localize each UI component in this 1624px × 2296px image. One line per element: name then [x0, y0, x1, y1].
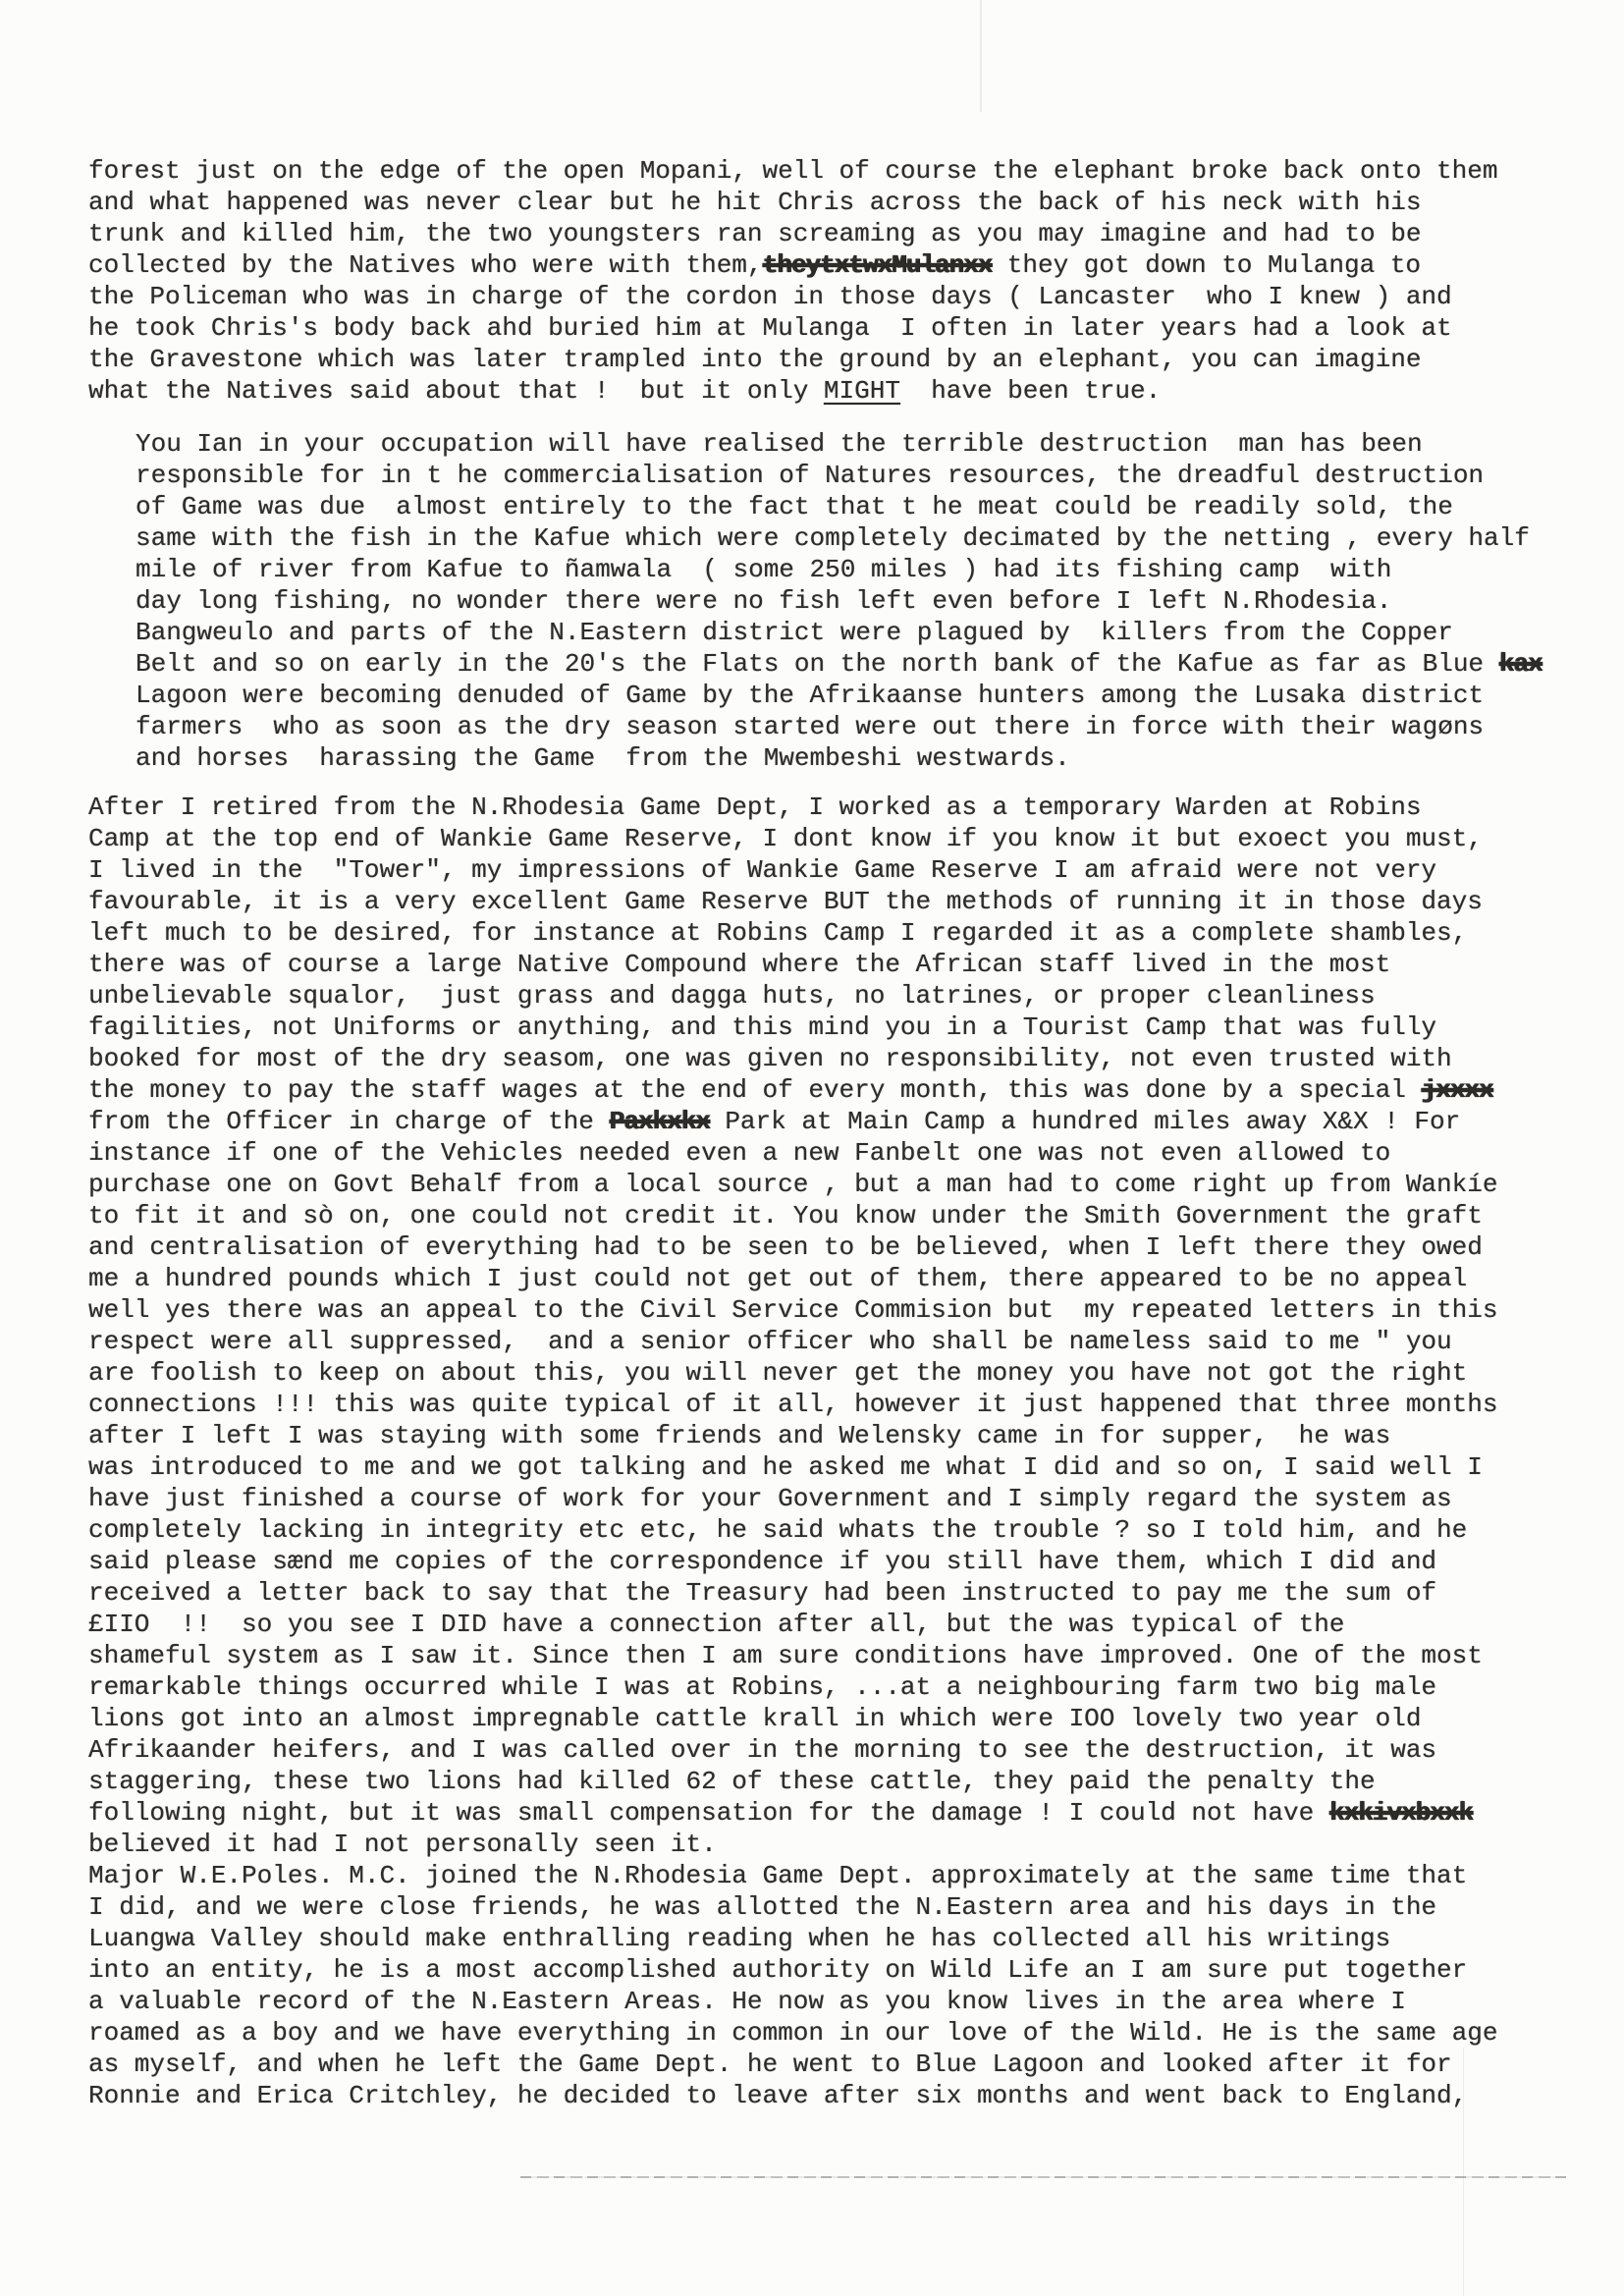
document-line: After I retired from the N.Rhodesia Game… — [88, 792, 1542, 823]
text-segment: unbelievable squalor, just grass and dag… — [88, 981, 1376, 1011]
struck-out-text: Paxkxkx — [610, 1107, 710, 1136]
document-line: same with the fish in the Kafue which we… — [135, 522, 1542, 554]
struck-out-text: kax — [1499, 649, 1543, 679]
text-segment: well yes there was an appeal to the Civi… — [88, 1295, 1497, 1325]
text-segment: collected by the Natives who were with t… — [88, 250, 763, 280]
document-line: said please sænd me copies of the corres… — [88, 1546, 1542, 1577]
document-line: mile of river from Kafue to ñamwala ( so… — [135, 554, 1542, 585]
paragraph-1: forest just on the edge of the open Mopa… — [88, 155, 1542, 407]
text-segment: lions got into an almost impregnable cat… — [88, 1704, 1421, 1733]
struck-out-text: kxkivxbxxk — [1329, 1798, 1473, 1828]
text-segment: responsible for in t he commercialisatio… — [135, 461, 1484, 490]
document-line: I lived in the "Tower", my impressions o… — [88, 854, 1542, 886]
text-segment: as myself, and when he left the Game Dep… — [88, 2050, 1452, 2079]
text-segment: and what happened was never clear but he… — [88, 188, 1421, 217]
document-line: me a hundred pounds which I just could n… — [88, 1263, 1542, 1294]
document-line: roamed as a boy and we have everything i… — [88, 2017, 1542, 2049]
text-segment: remarkable things occurred while I was a… — [88, 1672, 1436, 1702]
document-line: Bangweulo and parts of the N.Eastern dis… — [135, 617, 1542, 648]
paragraph-3: After I retired from the N.Rhodesia Game… — [88, 792, 1542, 1860]
text-segment: staggering, these two lions had killed 6… — [88, 1767, 1376, 1796]
text-segment: forest just on the edge of the open Mopa… — [88, 156, 1497, 186]
text-segment: shameful system as I saw it. Since then … — [88, 1641, 1483, 1670]
document-line: Afrikaander heifers, and I was called ov… — [88, 1734, 1542, 1766]
text-segment: trunk and killed him, the two youngsters… — [88, 219, 1421, 248]
document-line: connections !!! this was quite typical o… — [88, 1389, 1542, 1420]
text-segment: me a hundred pounds which I just could n… — [88, 1264, 1467, 1293]
text-segment: Ronnie and Erica Critchley, he decided t… — [88, 2081, 1467, 2110]
text-segment: roamed as a boy and we have everything i… — [88, 2018, 1497, 2048]
text-segment: there was of course a large Native Compo… — [88, 950, 1390, 979]
text-segment: was introduced to me and we got talking … — [88, 1452, 1483, 1482]
text-segment: Park at Main Camp a hundred miles away X… — [710, 1107, 1461, 1136]
text-segment: instance if one of the Vehicles needed e… — [88, 1138, 1390, 1168]
document-line: well yes there was an appeal to the Civi… — [88, 1294, 1542, 1326]
text-segment: and horses harassing the Game from the M… — [135, 743, 1070, 773]
document-line: favourable, it is a very excellent Game … — [88, 886, 1542, 917]
document-line: forest just on the edge of the open Mopa… — [88, 155, 1542, 187]
document-line: following night, but it was small compen… — [88, 1797, 1542, 1829]
document-line: of Game was due almost entirely to the f… — [135, 491, 1542, 522]
scan-streak-artifact-top — [980, 0, 982, 112]
text-segment: fagilities, not Uniforms or anything, an… — [88, 1012, 1436, 1042]
document-line: and horses harassing the Game from the M… — [135, 742, 1542, 774]
text-segment: day long fishing, no wonder there were n… — [135, 586, 1391, 616]
document-line: Belt and so on early in the 20's the Fla… — [135, 648, 1542, 680]
document-line: fagilities, not Uniforms or anything, an… — [88, 1011, 1542, 1043]
text-segment: the Policeman who was in charge of the c… — [88, 282, 1452, 311]
text-segment: after I left I was staying with some fri… — [88, 1421, 1390, 1450]
text-segment: Lagoon were becoming denuded of Game by … — [135, 681, 1484, 710]
document-line: unbelievable squalor, just grass and dag… — [88, 980, 1542, 1011]
document-line: You Ian in your occupation will have rea… — [135, 428, 1542, 460]
text-segment: have just finished a course of work for … — [88, 1484, 1452, 1513]
text-segment: the Gravestone which was later trampled … — [88, 345, 1421, 374]
document-line: was introduced to me and we got talking … — [88, 1451, 1542, 1483]
document-line: are foolish to keep on about this, you w… — [88, 1357, 1542, 1389]
document-line: a valuable record of the N.Eastern Areas… — [88, 1986, 1542, 2017]
text-segment: £IIO !! so you see I DID have a connecti… — [88, 1610, 1344, 1639]
document-line: after I left I was staying with some fri… — [88, 1420, 1542, 1451]
document-line: there was of course a large Native Compo… — [88, 949, 1542, 980]
text-segment: Bangweulo and parts of the N.Eastern dis… — [135, 618, 1453, 647]
text-segment: You Ian in your occupation will have rea… — [135, 429, 1423, 459]
document-line: as myself, and when he left the Game Dep… — [88, 2049, 1542, 2080]
text-segment: favourable, it is a very excellent Game … — [88, 887, 1483, 916]
text-segment: Afrikaander heifers, and I was called ov… — [88, 1735, 1436, 1765]
text-segment: from the Officer in charge of the — [88, 1107, 610, 1136]
document-line: Lagoon were becoming denuded of Game by … — [135, 680, 1542, 711]
text-segment: After I retired from the N.Rhodesia Game… — [88, 793, 1421, 822]
document-line: from the Officer in charge of the Paxkxk… — [88, 1106, 1542, 1137]
text-segment: purchase one on Govt Behalf from a local… — [88, 1170, 1497, 1199]
paragraph-4: Major W.E.Poles. M.C. joined the N.Rhode… — [88, 1860, 1542, 2111]
document-line: £IIO !! so you see I DID have a connecti… — [88, 1609, 1542, 1640]
document-line: Ronnie and Erica Critchley, he decided t… — [88, 2080, 1542, 2111]
document-line: what the Natives said about that ! but i… — [88, 375, 1542, 407]
document-line: into an entity, he is a most accomplishe… — [88, 1954, 1542, 1986]
document-line: left much to be desired, for instance at… — [88, 917, 1542, 949]
document-line: collected by the Natives who were with t… — [88, 249, 1542, 281]
document-line: Camp at the top end of Wankie Game Reser… — [88, 823, 1542, 854]
document-page: forest just on the edge of the open Mopa… — [0, 0, 1624, 2296]
document-line: the Gravestone which was later trampled … — [88, 344, 1542, 375]
text-segment: mile of river from Kafue to ñamwala ( so… — [135, 555, 1391, 584]
document-line: purchase one on Govt Behalf from a local… — [88, 1169, 1542, 1200]
document-line: the money to pay the staff wages at the … — [88, 1074, 1542, 1106]
underlined-text: MIGHT — [824, 376, 900, 406]
document-line: instance if one of the Vehicles needed e… — [88, 1137, 1542, 1169]
text-segment: he took Chris's body back ahd buried him… — [88, 313, 1452, 343]
text-segment: a valuable record of the N.Eastern Areas… — [88, 1987, 1406, 2016]
text-segment: completely lacking in integrity etc etc,… — [88, 1515, 1467, 1545]
text-segment: and centralisation of everything had to … — [88, 1232, 1483, 1262]
text-segment: Belt and so on early in the 20's the Fla… — [135, 649, 1499, 679]
text-segment: connections !!! this was quite typical o… — [88, 1390, 1497, 1419]
text-segment: same with the fish in the Kafue which we… — [135, 523, 1530, 553]
document-line: to fit it and sò on, one could not credi… — [88, 1200, 1542, 1231]
text-segment: to fit it and sò on, one could not credi… — [88, 1201, 1483, 1230]
document-line: he took Chris's body back ahd buried him… — [88, 312, 1542, 344]
document-line: believed it had I not personally seen it… — [88, 1829, 1542, 1860]
text-segment: I lived in the "Tower", my impressions o… — [88, 855, 1436, 885]
document-line: farmers who as soon as the dry season st… — [135, 711, 1542, 742]
document-line: respect were all suppressed, and a senio… — [88, 1326, 1542, 1357]
document-line: booked for most of the dry seasom, one w… — [88, 1043, 1542, 1074]
text-segment: respect were all suppressed, and a senio… — [88, 1327, 1452, 1356]
text-segment: what the Natives said about that ! but i… — [88, 376, 824, 406]
text-segment: left much to be desired, for instance at… — [88, 918, 1467, 948]
document-line: the Policeman who was in charge of the c… — [88, 281, 1542, 312]
text-segment: are foolish to keep on about this, you w… — [88, 1358, 1467, 1388]
text-segment: received a letter back to say that the T… — [88, 1578, 1436, 1608]
document-line: remarkable things occurred while I was a… — [88, 1671, 1542, 1703]
text-segment: Major W.E.Poles. M.C. joined the N.Rhode… — [88, 1861, 1467, 1890]
text-block: forest just on the edge of the open Mopa… — [88, 155, 1542, 2111]
scan-line-artifact — [520, 2176, 1566, 2178]
text-segment: farmers who as soon as the dry season st… — [135, 712, 1484, 741]
text-segment: Camp at the top end of Wankie Game Reser… — [88, 824, 1483, 853]
text-segment: believed it had I not personally seen it… — [88, 1830, 717, 1859]
text-segment: said please sænd me copies of the corres… — [88, 1547, 1436, 1576]
document-line: have just finished a course of work for … — [88, 1483, 1542, 1514]
document-line: received a letter back to say that the T… — [88, 1577, 1542, 1609]
document-line: lions got into an almost impregnable cat… — [88, 1703, 1542, 1734]
text-segment: the money to pay the staff wages at the … — [88, 1075, 1421, 1105]
text-segment: of Game was due almost entirely to the f… — [135, 492, 1453, 521]
text-segment: into an entity, he is a most accomplishe… — [88, 1955, 1467, 1985]
text-segment: they got down to Mulanga to — [992, 250, 1421, 280]
document-line: shameful system as I saw it. Since then … — [88, 1640, 1542, 1671]
text-segment: have been true. — [900, 376, 1161, 406]
document-line: completely lacking in integrity etc etc,… — [88, 1514, 1542, 1546]
text-segment: I did, and we were close friends, he was… — [88, 1892, 1436, 1922]
text-segment: booked for most of the dry seasom, one w… — [88, 1044, 1452, 1073]
document-line: staggering, these two lions had killed 6… — [88, 1766, 1542, 1797]
struck-out-text: theytxtwxMulanxx — [763, 250, 993, 280]
document-line: I did, and we were close friends, he was… — [88, 1891, 1542, 1923]
document-line: Major W.E.Poles. M.C. joined the N.Rhode… — [88, 1860, 1542, 1891]
document-line: and centralisation of everything had to … — [88, 1231, 1542, 1263]
scan-streak-artifact-bottom — [1463, 2048, 1464, 2296]
document-line: responsible for in t he commercialisatio… — [135, 460, 1542, 491]
text-segment: Luangwa Valley should make enthralling r… — [88, 1924, 1390, 1953]
document-line: trunk and killed him, the two youngsters… — [88, 218, 1542, 249]
struck-out-text: jxxxx — [1421, 1075, 1492, 1105]
paragraph-2: You Ian in your occupation will have rea… — [88, 428, 1542, 774]
document-line: and what happened was never clear but he… — [88, 187, 1542, 218]
text-segment: following night, but it was small compen… — [88, 1798, 1329, 1828]
document-line: Luangwa Valley should make enthralling r… — [88, 1923, 1542, 1954]
document-line: day long fishing, no wonder there were n… — [135, 585, 1542, 617]
